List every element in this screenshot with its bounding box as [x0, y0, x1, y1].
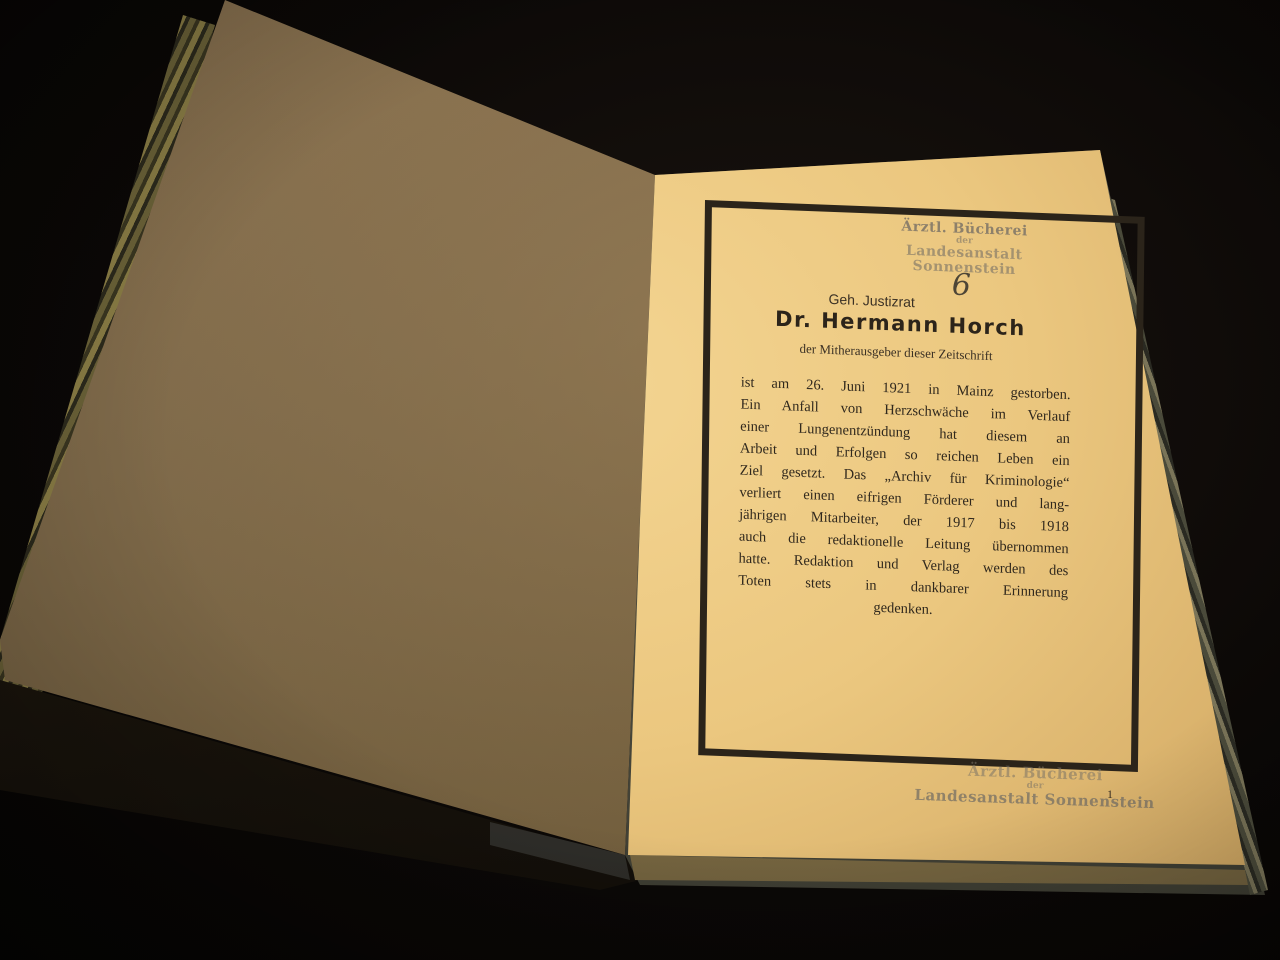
obituary-text: ist am 26. Juni 1921 in Mainz gestorben.…: [738, 372, 1071, 627]
library-stamp-bottom: Ärztl. Bücherei der Landesanstalt Sonnen…: [909, 761, 1160, 813]
photo-scene: Ärztl. Bücherei der Landesanstalt Sonnen…: [0, 0, 1280, 960]
obituary-block: Ärztl. Bücherei der Landesanstalt Sonnen…: [698, 200, 1165, 798]
page-number: 1: [1107, 787, 1113, 802]
